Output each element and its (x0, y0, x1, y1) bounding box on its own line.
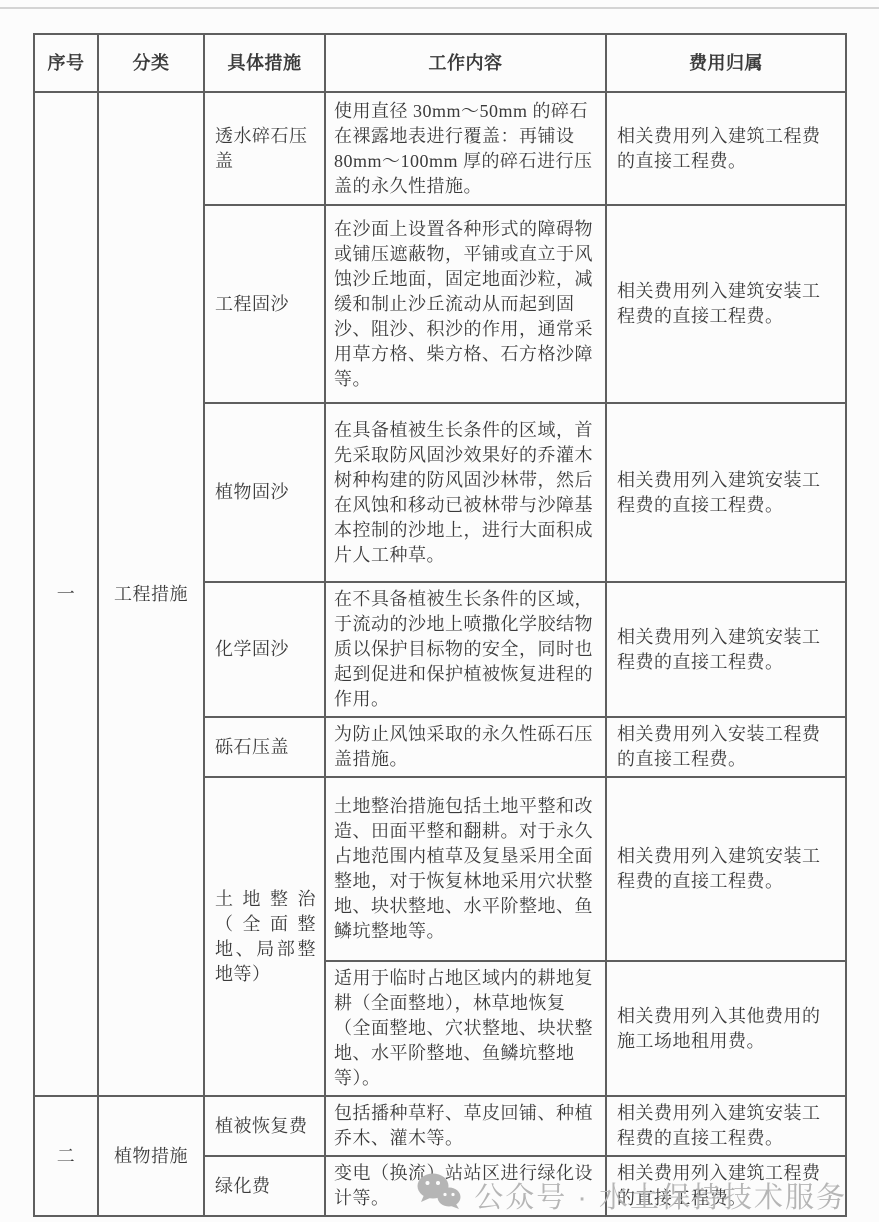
measures-table: 序号 分类 具体措施 工作内容 费用归属 一 工程措施 透水碎石压盖 使用直径 … (33, 33, 847, 1217)
measure-cell: 植被恢复费 (204, 1096, 325, 1156)
content-cell: 包括播种草籽、草皮回铺、种植乔木、灌木等。 (325, 1096, 606, 1156)
content-cell: 为防止风蚀采取的永久性砾石压盖措施。 (325, 717, 606, 777)
content-cell: 在沙面上设置各种形式的障碍物或铺压遮蔽物，平铺或直立于风蚀沙丘地面，固定地面沙粒… (325, 205, 606, 403)
fee-cell: 相关费用列入建筑安装工程费的直接工程费。 (606, 582, 846, 717)
page-top-rule (0, 7, 879, 9)
watermark-footer: 公众号 · 水土保持技术服务 (416, 1172, 847, 1218)
header-serial: 序号 (34, 34, 98, 92)
measure-cell: 化学固沙 (204, 582, 325, 717)
table-row: 二 植物措施 植被恢复费 包括播种草籽、草皮回铺、种植乔木、灌木等。 相关费用列… (34, 1096, 846, 1156)
content-cell: 在具备植被生长条件的区域，首先采取防风固沙效果好的乔灌木树种构建的防风固沙林带，… (325, 403, 606, 582)
measure-cell-land-rehabilitation: 土地整治（全面整地、局部整地等） (204, 777, 325, 1096)
category-cell-group2: 植物措施 (98, 1096, 204, 1216)
fee-cell: 相关费用列入建筑工程费的直接工程费。 (606, 92, 846, 205)
measure-cell: 绿化费 (204, 1156, 325, 1216)
header-content: 工作内容 (325, 34, 606, 92)
measure-cell: 透水碎石压盖 (204, 92, 325, 205)
measure-cell: 工程固沙 (204, 205, 325, 403)
measure-cell: 砾石压盖 (204, 717, 325, 777)
fee-cell: 相关费用列入建筑安装工程费的直接工程费。 (606, 205, 846, 403)
serial-cell-group2: 二 (34, 1096, 98, 1216)
measure-cell: 植物固沙 (204, 403, 325, 582)
category-cell-group1: 工程措施 (98, 92, 204, 1096)
content-cell: 土地整治措施包括土地平整和改造、田面平整和翻耕。对于永久占地范围内植草及复垦采用… (325, 777, 606, 961)
fee-cell: 相关费用列入其他费用的施工场地租用费。 (606, 961, 846, 1096)
table-row: 一 工程措施 透水碎石压盖 使用直径 30mm～50mm 的碎石在裸露地表进行覆… (34, 92, 846, 205)
serial-cell-group1: 一 (34, 92, 98, 1096)
document-page: 序号 分类 具体措施 工作内容 费用归属 一 工程措施 透水碎石压盖 使用直径 … (0, 0, 879, 1222)
fee-cell: 相关费用列入安装工程费的直接工程费。 (606, 717, 846, 777)
header-fee: 费用归属 (606, 34, 846, 92)
header-row: 序号 分类 具体措施 工作内容 费用归属 (34, 34, 846, 92)
content-cell: 在不具备植被生长条件的区域，于流动的沙地上喷撒化学胶结物质以保护目标物的安全，同… (325, 582, 606, 717)
fee-cell: 相关费用列入建筑安装工程费的直接工程费。 (606, 403, 846, 582)
fee-cell: 相关费用列入建筑安装工程费的直接工程费。 (606, 777, 846, 961)
wechat-icon (416, 1172, 462, 1218)
content-cell: 使用直径 30mm～50mm 的碎石在裸露地表进行覆盖：再铺设 80mm～100… (325, 92, 606, 205)
content-cell: 适用于临时占地区域内的耕地复耕（全面整地），林草地恢复（全面整地、穴状整地、块状… (325, 961, 606, 1096)
header-category: 分类 (98, 34, 204, 92)
header-measure: 具体措施 (204, 34, 325, 92)
watermark-label: 公众号 · 水土保持技术服务 (474, 1175, 847, 1216)
fee-cell: 相关费用列入建筑安装工程费的直接工程费。 (606, 1096, 846, 1156)
